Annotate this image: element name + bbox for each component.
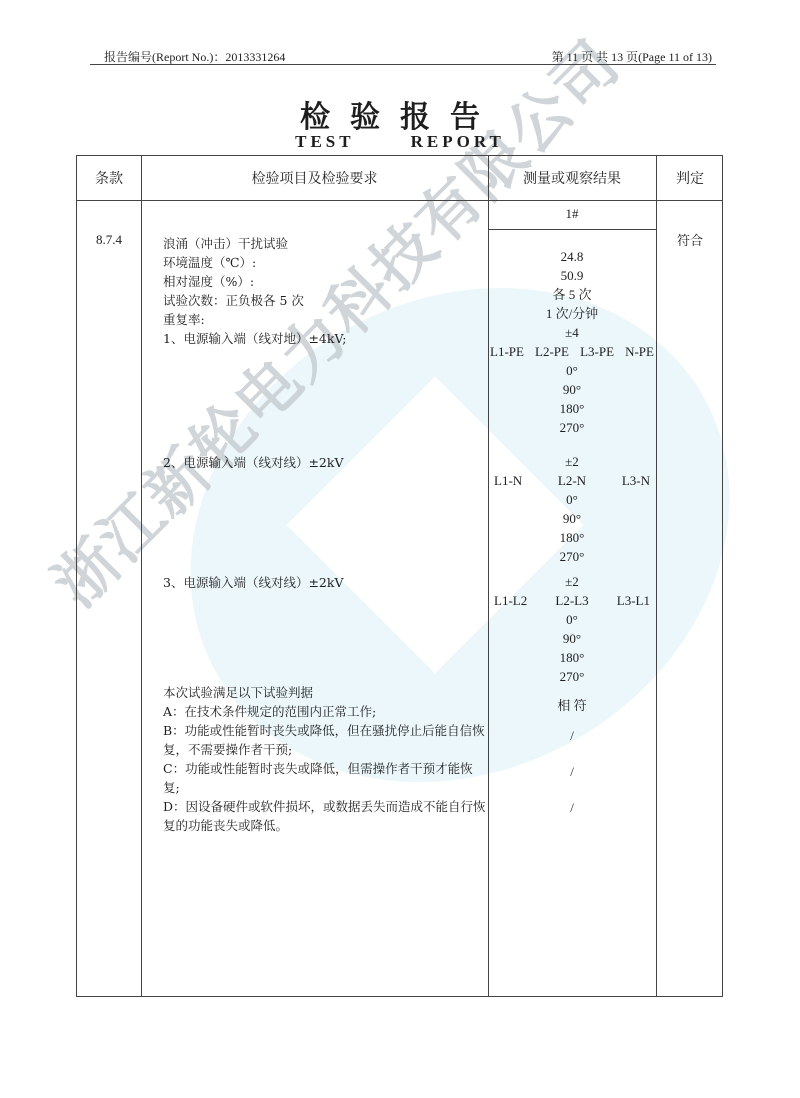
line-label: L3-N — [622, 471, 650, 490]
report-table: 条款 检验项目及检验要求 测量或观察结果 判定 1# 8.7.4 符合 浪涌（冲… — [76, 155, 723, 997]
line-label: L2-L3 — [555, 591, 588, 610]
item1-label: 1、电源输入端（线对地）±4kV; — [163, 329, 489, 348]
criteria-c-result: / — [488, 762, 656, 781]
line-label: L3-PE — [580, 342, 614, 361]
line-label: L1-PE — [490, 342, 524, 361]
angle: 0° — [488, 361, 656, 380]
angle: 180° — [488, 399, 656, 418]
line-label: L3-L1 — [617, 591, 650, 610]
col-divider — [656, 156, 657, 996]
humidity-label: 相对湿度（%）: — [163, 272, 489, 291]
angle: 270° — [488, 418, 656, 437]
env-temp-label: 环境温度（℃）: — [163, 253, 489, 272]
page-info: 第 11 页 共 13 页(Page 11 of 13) — [552, 48, 712, 65]
col-divider — [141, 156, 142, 996]
item3-lines: L1-L2 L2-L3 L3-L1 — [488, 591, 656, 610]
criteria-a-result: 相 符 — [488, 696, 656, 715]
humidity-value: 50.9 — [488, 266, 656, 285]
angle: 0° — [488, 610, 656, 629]
document-title-en: TESTREPORT — [0, 132, 800, 152]
requirements-block: 浪涌（冲击）干扰试验 环境温度（℃）: 相对湿度（%）: 试验次数：正负极各 5… — [163, 234, 489, 348]
title-en-left: TEST — [295, 132, 354, 151]
item2-results: ±2 L1-N L2-N L3-N 0° 90° 180° 270° — [488, 452, 656, 566]
item1-voltage: ±4 — [488, 323, 656, 342]
angle: 90° — [488, 629, 656, 648]
col-header-verdict: 判定 — [656, 156, 724, 200]
line-label: L1-N — [494, 471, 522, 490]
col-header-result: 测量或观察结果 — [488, 156, 656, 200]
line-label: N-PE — [625, 342, 654, 361]
line-label: L1-L2 — [494, 591, 527, 610]
criteria-d: D：因设备硬件或软件损坏，或数据丢失而造成不能自行恢复的功能丧失或降低。 — [163, 797, 489, 835]
document-title-cn: 检验报告 — [0, 92, 800, 136]
header-divider — [90, 64, 716, 65]
criteria-b-result: / — [488, 726, 656, 745]
repeat-rate-value: 1 次/分钟 — [488, 304, 656, 323]
item3-voltage: ±2 — [488, 572, 656, 591]
criteria-block: 本次试验满足以下试验判据 A：在技术条件规定的范围内正常工作; B：功能或性能暂… — [163, 683, 489, 835]
results-block: 24.8 50.9 各 5 次 1 次/分钟 ±4 L1-PE L2-PE L3… — [488, 247, 656, 437]
criteria-c: C：功能或性能暂时丧失或降低，但需操作者干预才能恢复; — [163, 759, 489, 797]
sample-row-divider — [488, 229, 656, 230]
criteria-d-result: / — [488, 798, 656, 817]
angle: 90° — [488, 380, 656, 399]
item3-results: ±2 L1-L2 L2-L3 L3-L1 0° 90° 180° 270° — [488, 572, 656, 686]
angle: 270° — [488, 547, 656, 566]
report-number: 报告编号(Report No.)：2013331264 — [104, 48, 285, 65]
col-header-requirement: 检验项目及检验要求 — [141, 156, 488, 200]
criteria-a: A：在技术条件规定的范围内正常工作; — [163, 702, 489, 721]
sample-label: 1# — [488, 206, 656, 222]
angle: 90° — [488, 509, 656, 528]
angle: 270° — [488, 667, 656, 686]
line-label: L2-PE — [535, 342, 569, 361]
repeat-rate-label: 重复率: — [163, 310, 489, 329]
title-en-right: REPORT — [411, 132, 505, 151]
test-count-value: 各 5 次 — [488, 285, 656, 304]
test-count-label: 试验次数：正负极各 5 次 — [163, 291, 489, 310]
angle: 180° — [488, 648, 656, 667]
item3-label: 3、电源输入端（线对线）±2kV — [163, 573, 489, 592]
item2-voltage: ±2 — [488, 452, 656, 471]
clause-number: 8.7.4 — [77, 232, 141, 248]
verdict: 符合 — [656, 230, 724, 249]
test-title: 浪涌（冲击）干扰试验 — [163, 234, 489, 253]
angle: 180° — [488, 528, 656, 547]
item1-lines: L1-PE L2-PE L3-PE N-PE — [488, 342, 656, 361]
env-temp-value: 24.8 — [488, 247, 656, 266]
angle: 0° — [488, 490, 656, 509]
header-row-divider — [77, 200, 722, 201]
criteria-title: 本次试验满足以下试验判据 — [163, 683, 489, 702]
item2-lines: L1-N L2-N L3-N — [488, 471, 656, 490]
item2-label: 2、电源输入端（线对线）±2kV — [163, 453, 489, 472]
line-label: L2-N — [558, 471, 586, 490]
criteria-b: B：功能或性能暂时丧失或降低，但在骚扰停止后能自信恢复，不需要操作者干预; — [163, 721, 489, 759]
col-header-clause: 条款 — [77, 156, 141, 200]
